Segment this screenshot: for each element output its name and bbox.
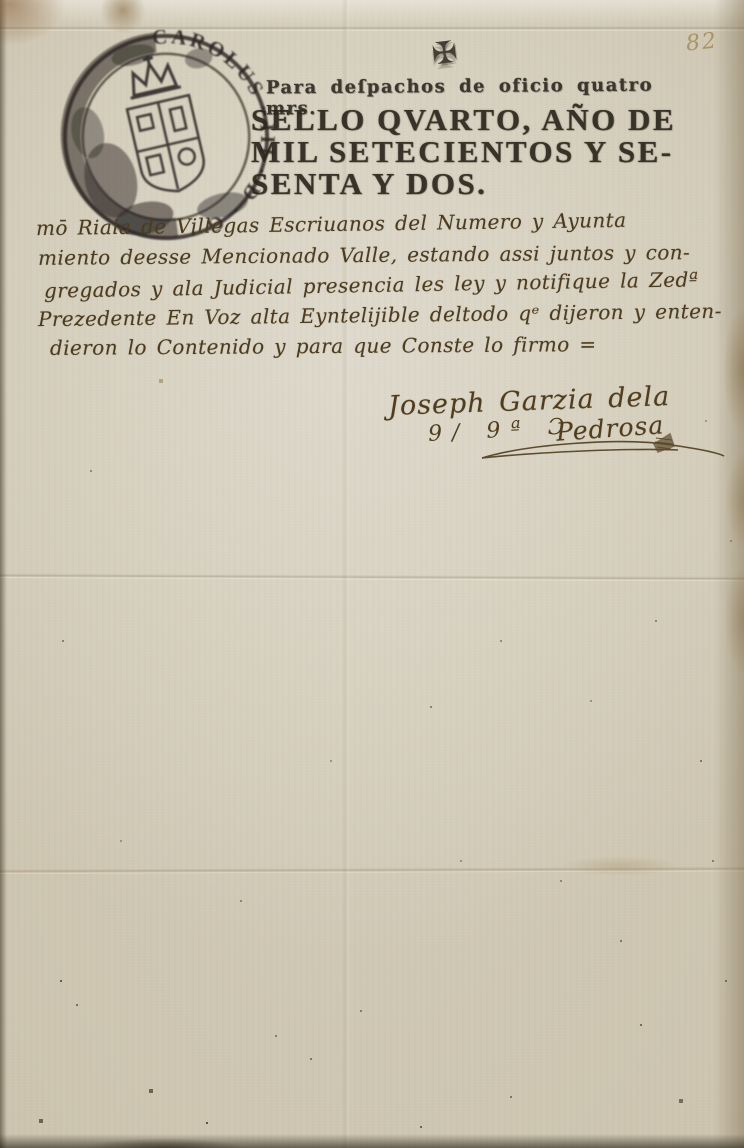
fold-crease-middle (0, 573, 744, 581)
top-stain (100, 0, 146, 34)
manuscript-page: CAROLUS · III · D · G · ✠ 82 Para deſpac… (0, 0, 744, 1148)
stamp-title-line-1: SELLO QVARTO, AÑO DE (251, 102, 676, 138)
manuscript-line: Prezedente En Voz alta Eyntelijible delt… (38, 299, 722, 331)
crease-stain (560, 856, 680, 876)
stamp-title-line-2: MIL SETECIENTOS Y SE- (251, 134, 674, 170)
manuscript-line: dieron lo Contenido y para que Conste lo… (50, 332, 597, 360)
page-left-edge (0, 0, 7, 1148)
stamp-title-line-3: SENTA Y DOS. (251, 166, 487, 202)
page-right-edge-stains (714, 0, 744, 1148)
invocation-cross-icon: ✠ (430, 35, 459, 73)
manuscript-line: miento deesse Mencionado Valle, estando … (38, 240, 690, 270)
ink-specks (0, 0, 2, 2)
manuscript-line: gregados y ala Judicial presencia les le… (44, 267, 699, 302)
bottom-edge-shadow (55, 1122, 275, 1148)
signature-rubric-flourish (468, 432, 728, 468)
folio-number: 82 (685, 28, 719, 56)
corner-stain (0, 0, 66, 46)
